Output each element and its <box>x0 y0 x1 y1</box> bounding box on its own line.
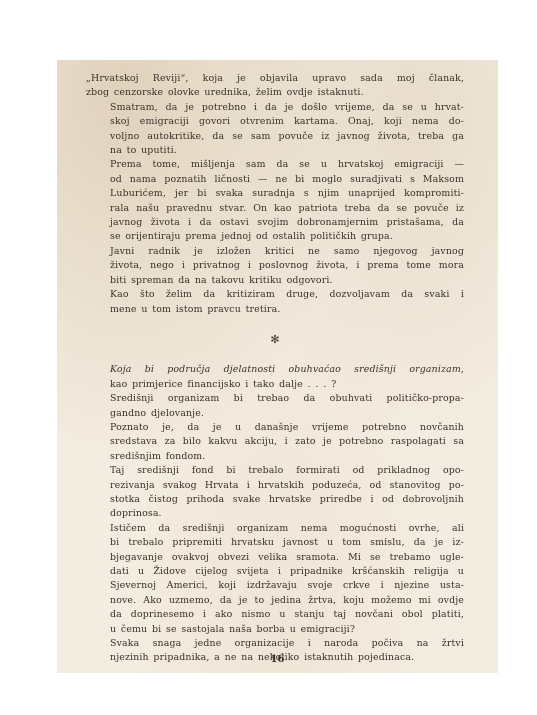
text-line: da doprinesemo i ako nismo u stanju taj … <box>86 608 464 622</box>
text-line: sredstava za bilo kakvu akciju, i zato j… <box>86 435 464 449</box>
paragraph: Poznato je, da je u današnje vrijeme pot… <box>86 421 464 464</box>
page-number: 16 <box>57 654 498 665</box>
text-line: od nama poznatih ličnosti — ne bi moglo … <box>86 173 464 187</box>
text-line: biti spreman da na takovu kritiku odgovo… <box>86 274 464 288</box>
paragraph: Središnji organizam bi trebao da obuhvat… <box>86 392 464 421</box>
interview-question: Koja bi područja djelatnosti obuhvaćao s… <box>86 363 464 392</box>
text-line: Poznato je, da je u današnje vrijeme pot… <box>86 421 464 435</box>
text-line: života, nego i privatnog i poslovnog živ… <box>86 259 464 273</box>
section-separator-asterisk: ✻ <box>86 333 464 347</box>
text-line: skoj emigraciji govori otvrenim kartama.… <box>86 115 464 129</box>
text-line: Središnji organizam bi trebao da obuhvat… <box>86 392 464 406</box>
text-line: središnjim fondom. <box>86 450 464 464</box>
page-body-text: „Hrvatskoj Reviji“, koja je objavila upr… <box>86 72 464 666</box>
text-line: Koja bi područja djelatnosti obuhvaćao s… <box>86 363 464 377</box>
text-line: Svaka snaga jedne organizacije i naroda … <box>86 637 464 651</box>
paragraph: Ističem da središnji organizam nema mogu… <box>86 522 464 637</box>
paragraph-continuation: „Hrvatskoj Reviji“, koja je objavila upr… <box>86 72 464 101</box>
text-line: se orijentiraju prema jednoj od ostalih … <box>86 230 464 244</box>
text-line: dati u Židove cijelog svijeta i pripadni… <box>86 565 464 579</box>
text-line: rezivanja svakog Hrvata i hrvatskih podu… <box>86 479 464 493</box>
text-line: zbog cenzorske olovke urednika, želim ov… <box>86 86 464 100</box>
paragraph: Prema tome, mišljenja sam da se u hrvats… <box>86 158 464 244</box>
text-line: Prema tome, mišljenja sam da se u hrvats… <box>86 158 464 172</box>
text-line: Taj središnji fond bi trebalo formirati … <box>86 464 464 478</box>
paragraph: Javni radnik je izložen kritici ne samo … <box>86 245 464 288</box>
text-line: Smatram, da je potrebno i da je došlo vr… <box>86 101 464 115</box>
text-line: rala našu pravednu stvar. On kao patriot… <box>86 202 464 216</box>
text-line: Sjevernoj Americi, koji izdržavaju svoje… <box>86 579 464 593</box>
text-line: Javni radnik je izložen kritici ne samo … <box>86 245 464 259</box>
scanned-book-page: „Hrvatskoj Reviji“, koja je objavila upr… <box>57 60 498 673</box>
text-line: bi trebalo pripremiti hrvatsku javnost u… <box>86 536 464 550</box>
text-line: voljno autokritike, da se sam povuče iz … <box>86 130 464 144</box>
text-line: Luburićem, jer bi svaka suradnja s njim … <box>86 187 464 201</box>
text-line: bjegavanje ovakvoj obvezi velika sramota… <box>86 551 464 565</box>
text-line: u čemu bi se sastojala naša borba u emig… <box>86 623 464 637</box>
text-line: nove. Ako uzmemo, da je to jedina žrtva,… <box>86 594 464 608</box>
text-line: mene u tom istom pravcu tretira. <box>86 303 464 317</box>
text-line: na to uputiti. <box>86 144 464 158</box>
paragraph: Kao što želim da kritiziram druge, dozvo… <box>86 288 464 317</box>
text-line: stotka čistog prihoda svake hrvatske pri… <box>86 493 464 507</box>
text-line: Ističem da središnji organizam nema mogu… <box>86 522 464 536</box>
text-line: javnog života i da ostavi svojim dobrona… <box>86 216 464 230</box>
paragraph: Smatram, da je potrebno i da je došlo vr… <box>86 101 464 159</box>
text-line: „Hrvatskoj Reviji“, koja je objavila upr… <box>86 72 464 86</box>
text-line: doprinosa. <box>86 507 464 521</box>
text-line: gandno djelovanje. <box>86 407 464 421</box>
text-line: kao primjerice financijsko i tako dalje … <box>86 378 464 392</box>
paragraph: Taj središnji fond bi trebalo formirati … <box>86 464 464 522</box>
text-line: Kao što želim da kritiziram druge, dozvo… <box>86 288 464 302</box>
